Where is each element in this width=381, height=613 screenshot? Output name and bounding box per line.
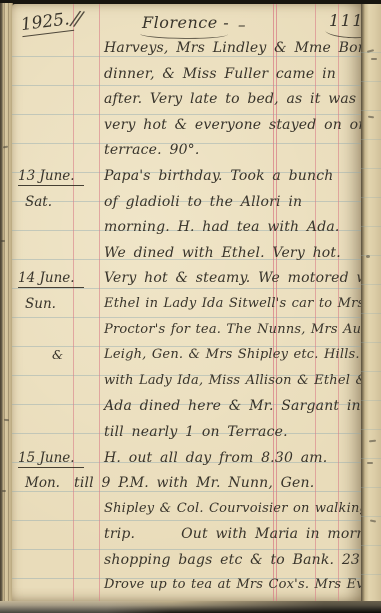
diary-row: with Lady Ida, Miss Allison & Ethel & H. [12,371,363,397]
diary-line-text: Harveys, Mrs Lindley & Mme Bond to [104,40,381,56]
diary-line-text: very hot & everyone stayed on on the [104,117,381,133]
diary-line-text: morning. H. had tea with Ada. [104,219,340,235]
diary-entries: Harveys, Mrs Lindley & Mme Bond to dinne… [12,38,363,601]
diary-row: 13 June.Papa's birthday. Took a bunch [12,166,363,192]
diary-row: &Leigh, Gen. & Mrs Shipley etc. Hills. B… [12,345,363,371]
diary-page-photo: 1925. // Florence - – 111. Harveys, Mrs … [0,0,381,613]
diary-row: Harveys, Mrs Lindley & Mme Bond to [12,38,363,64]
diary-line-text: Shipley & Col. Courvoisier on walking [104,501,368,516]
year-label: 1925. [20,9,74,37]
diary-line-text: till 9 P.M. with Mr. Nunn, Gen. [74,475,314,491]
diary-line-text: Very hot & steamy. We motored with [104,270,381,286]
page-title: Florence - [142,13,229,32]
diary-line-text: Leigh, Gen. & Mrs Shipley etc. Hills. Ba… [104,347,381,362]
diary-line-text: Ethel in Lady Ida Sitwell's car to Mrs [104,296,364,311]
ink-bleed-mark [371,58,377,60]
diary-line-text: dinner, & Miss Fuller came in [104,66,336,82]
bottom-page-edges-shadow [0,601,381,613]
entry-day-label: Sun. [25,296,56,312]
entry-day-label: Mon. [25,475,60,491]
diary-row: dinner, & Miss Fuller came in [12,64,363,90]
diary-row: Sat.of gladioli to the Allori in [12,192,363,218]
diary-row: shopping bags etc & to Bank. 23.50. [12,550,363,576]
diary-row: trip. Out with Maria in morning [12,524,363,550]
diary-line-text: H. out all day from 8.30 am. [104,450,327,466]
diary-line-text: Ada dined here & Mr. Sargant in aftn [104,398,381,414]
diary-line-text: with Lady Ida, Miss Allison & Ethel & H. [104,373,381,388]
diary-row: 14 June.Very hot & steamy. We motored wi… [12,268,363,294]
pen-flourish-mark: // [70,6,81,31]
diary-row: 15 June.H. out all day from 8.30 am. [12,448,363,474]
diary-line-text: of gladioli to the Allori in [104,194,302,210]
diary-line-text: Proctor's for tea. The Nunns, Mrs Austen… [104,322,381,337]
diary-line-text: trip. Out with Maria in morning [104,526,381,542]
diary-line-text: terrace. 90°. [104,142,200,158]
diary-row: We dined with Ethel. Very hot. [12,243,363,269]
diary-row: Shipley & Col. Courvoisier on walking [12,499,363,525]
ink-bleed-mark [1,240,5,242]
ink-bleed-mark [367,462,373,464]
facing-page-ruled-lines [361,52,381,595]
diary-row: till nearly 1 on Terrace. [12,422,363,448]
ink-bleed-mark [366,255,370,258]
diary-line-text: shopping bags etc & to Bank. 23.50. [104,552,381,568]
diary-line-text: Papa's birthday. Took a bunch [104,168,333,184]
diary-row: terrace. 90°. [12,140,363,166]
ink-bleed-mark [4,419,9,422]
diary-line-text: till nearly 1 on Terrace. [104,424,288,440]
diary-row: after. Very late to bed, as it was [12,89,363,115]
diary-row: Proctor's for tea. The Nunns, Mrs Austen… [12,320,363,346]
diary-row: Ada dined here & Mr. Sargant in aftn [12,396,363,422]
ink-bleed-mark [2,490,6,492]
diary-line-text: after. Very late to bed, as it was [104,91,356,107]
diary-row: Sun.Ethel in Lady Ida Sitwell's car to M… [12,294,363,320]
diary-line-text: We dined with Ethel. Very hot. [104,245,341,261]
margin-insertion-mark: & [52,347,63,362]
diary-line-text: Drove up to tea at Mrs Cox's. Mrs Evans [104,577,381,592]
diary-page: 1925. // Florence - – 111. Harveys, Mrs … [12,4,363,602]
entry-date-label: 15 June. [18,450,84,468]
facing-page-edge [361,4,381,603]
entry-day-label: Sat. [25,194,52,210]
title-dash-mark: – [238,16,246,34]
diary-row: very hot & everyone stayed on on the [12,115,363,141]
diary-row: Mon.till 9 P.M. with Mr. Nunn, Gen. [12,473,363,499]
diary-row: morning. H. had tea with Ada. [12,217,363,243]
diary-row: Drove up to tea at Mrs Cox's. Mrs Evans [12,575,363,601]
entry-date-label: 14 June. [18,270,84,288]
entry-date-label: 13 June. [18,168,84,186]
